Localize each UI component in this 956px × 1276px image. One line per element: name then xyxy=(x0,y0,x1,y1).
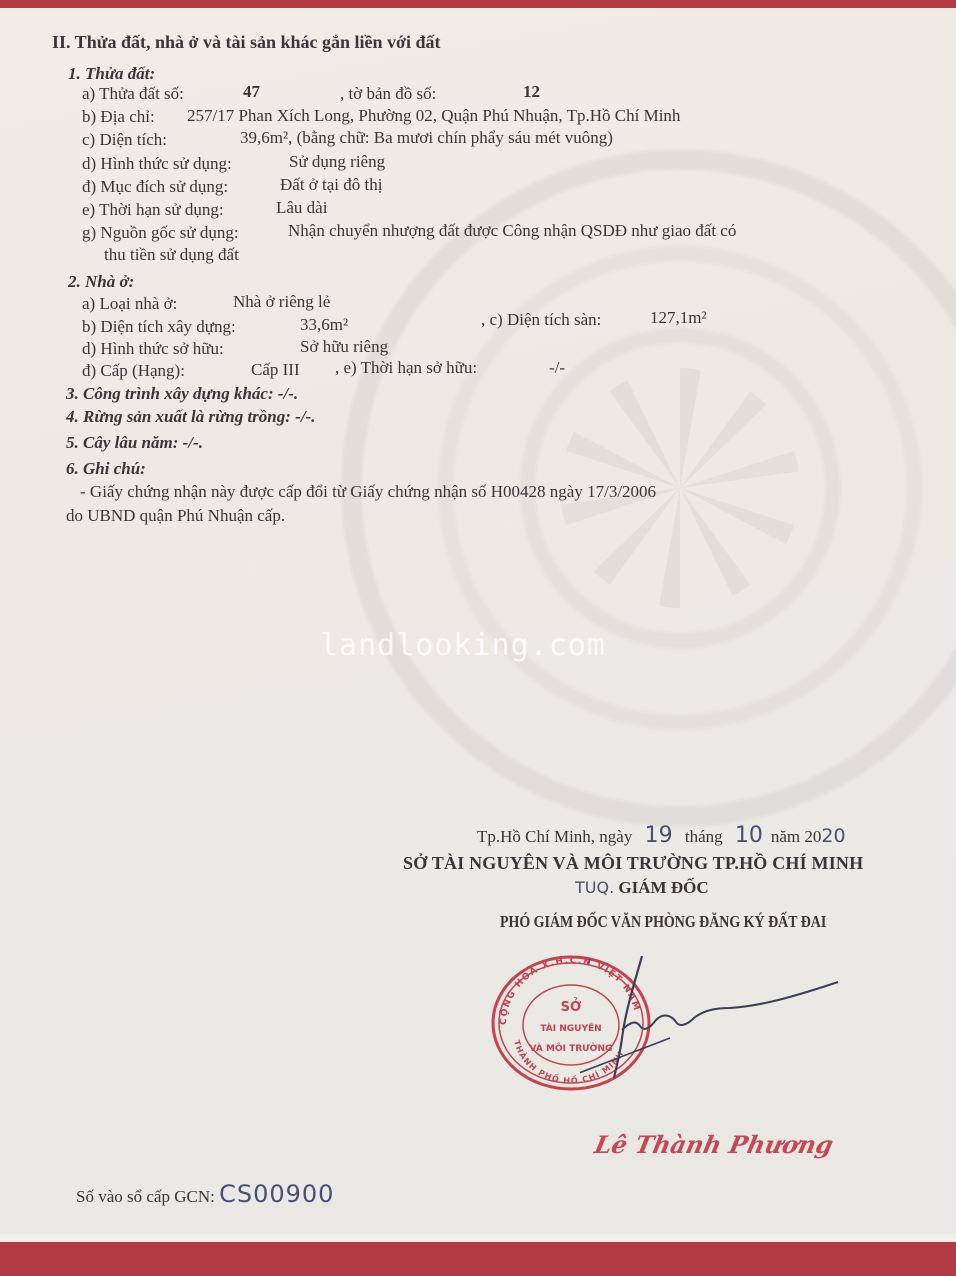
floor-area-value: 127,1m² xyxy=(650,308,707,328)
registry-line: Số vào sổ cấp GCN: CS00900 xyxy=(76,1184,334,1207)
grade-label: đ) Cấp (Hạng): xyxy=(82,361,185,381)
notes-heading: 6. Ghi chú: xyxy=(66,459,146,479)
address-label: b) Địa chỉ: xyxy=(82,107,155,127)
director-line: TUQ. GIÁM ĐỐC xyxy=(575,878,709,898)
deputy-title: PHÓ GIÁM ĐỐC VĂN PHÒNG ĐĂNG KÝ ĐẤT ĐAI xyxy=(500,912,826,932)
issuing-agency: SỞ TÀI NGUYÊN VÀ MÔI TRƯỜNG TP.HỒ CHÍ MI… xyxy=(403,853,863,873)
stamp-center-1: SỞ xyxy=(561,998,582,1015)
house-heading: 2. Nhà ở: xyxy=(68,272,134,292)
planted-forest: 4. Rừng sản xuất là rừng trồng: -/-. xyxy=(66,407,315,427)
place-date-prefix: Tp.Hồ Chí Minh, ngày xyxy=(477,827,632,846)
built-area-value: 33,6m² xyxy=(300,315,348,335)
director-title: GIÁM ĐỐC xyxy=(618,878,708,897)
note-line-2: do UBND quận Phú Nhuận cấp. xyxy=(66,506,285,526)
certificate-page: II. Thửa đất, nhà ở và tài sản khác gắn … xyxy=(0,8,956,1236)
issue-day: 19 xyxy=(645,823,673,848)
built-area-label: b) Diện tích xây dựng: xyxy=(82,317,236,337)
purpose-label: đ) Mục đích sử dụng: xyxy=(82,177,228,197)
signer-name: Lê Thành Phương xyxy=(592,1130,836,1159)
registry-number: CS00900 xyxy=(219,1180,334,1208)
origin-value-line2: thu tiền sử dụng đất xyxy=(104,245,239,265)
house-type-value: Nhà ở riêng lẻ xyxy=(233,292,330,312)
term-label: e) Thời hạn sử dụng: xyxy=(82,200,224,220)
origin-value-line1: Nhận chuyển nhượng đất được Công nhận QS… xyxy=(288,221,736,241)
parcel-label: a) Thửa đất số: xyxy=(82,84,184,104)
area-label: c) Diện tích: xyxy=(82,130,167,150)
watermark-text: landlooking.com xyxy=(320,628,606,663)
floor-area-label: , c) Diện tích sàn: xyxy=(481,310,601,330)
handwritten-signature xyxy=(580,938,840,1088)
grade-value: Cấp III xyxy=(251,360,300,380)
house-type-label: a) Loại nhà ở: xyxy=(82,294,177,314)
purpose-value: Đất ở tại đô thị xyxy=(280,175,382,195)
place-date: Tp.Hồ Chí Minh, ngày 19 tháng 10năm 2020 xyxy=(477,826,846,847)
use-form-label: d) Hình thức sử dụng: xyxy=(82,154,232,174)
note-line-1: - Giấy chứng nhận này được cấp đổi từ Gi… xyxy=(80,482,656,502)
ownership-label: d) Hình thức sở hữu: xyxy=(82,339,224,359)
other-construction: 3. Công trình xây dựng khác: -/-. xyxy=(66,384,298,404)
ownership-value: Sở hữu riêng xyxy=(300,337,388,357)
month-label: tháng xyxy=(685,827,723,846)
section-title: II. Thửa đất, nhà ở và tài sản khác gắn … xyxy=(52,32,441,52)
area-value: 39,6m², (bằng chữ: Ba mươi chín phẩy sáu… xyxy=(240,128,613,148)
own-term-value: -/- xyxy=(549,358,565,378)
registry-label: Số vào sổ cấp GCN: xyxy=(76,1187,215,1206)
issue-month: 10 xyxy=(735,823,763,848)
tuq-handwritten: TUQ. xyxy=(575,878,614,897)
perennial-trees: 5. Cây lâu năm: -/-. xyxy=(66,433,203,453)
parcel-number: 47 xyxy=(243,82,260,102)
map-sheet-number: 12 xyxy=(523,82,540,102)
issue-year-suffix: 20 xyxy=(821,825,845,847)
use-form-value: Sử dụng riêng xyxy=(289,152,385,172)
map-sheet-label: , tờ bản đồ số: xyxy=(340,84,436,104)
year-label: năm 20 xyxy=(771,827,822,846)
address-value: 257/17 Phan Xích Long, Phường 02, Quận P… xyxy=(187,106,680,126)
origin-label: g) Nguồn gốc sử dụng: xyxy=(82,223,239,243)
own-term-label: , e) Thời hạn sở hữu: xyxy=(335,358,477,378)
land-heading: 1. Thửa đất: xyxy=(68,64,155,84)
term-value: Lâu dài xyxy=(276,198,327,218)
